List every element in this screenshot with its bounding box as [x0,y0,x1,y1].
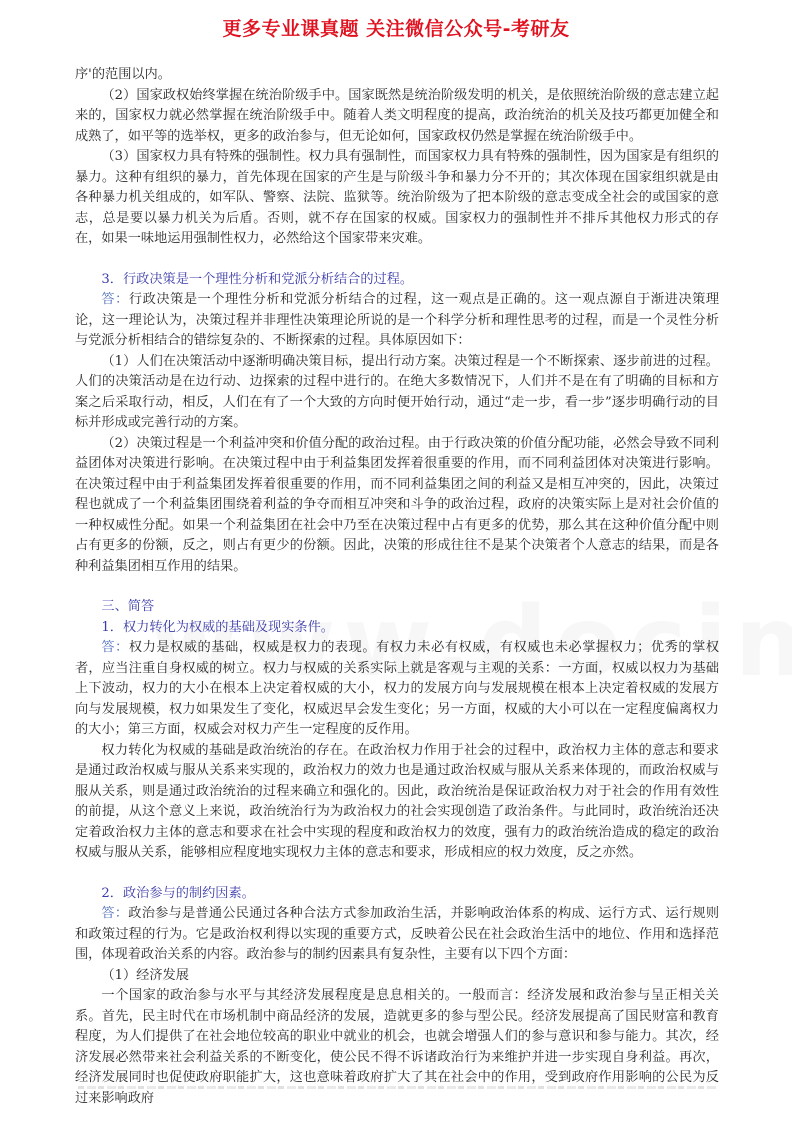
answer-label: 答： [101,292,128,307]
short-answer-2-subheading-1: （1）经济发展 [75,966,719,987]
answer-text: 政治参与是普通公民通过各种合法方式参加政治生活，并影响政治体系的构成、运行方式、… [75,906,719,962]
short-answer-1-answer: 答：权力是权威的基础，权威是权力的表现。有权力未必有权威，有权威也未必掌握权力；… [75,638,719,741]
question-3-point-2: （2）决策过程是一个利益冲突和价值分配的政治过程。由于行政决策的价值分配功能，必… [75,434,719,578]
section-title-short-answer: 三、简答 [75,597,719,618]
promo-banner: 更多专业课真题 关注微信公众号-考研友 [0,14,792,41]
spacer [75,250,719,270]
spacer [75,864,719,884]
paragraph-point-3: （3）国家权力具有特殊的强制性。权力具有强制性，而国家权力具有特殊的强制性，因为… [75,147,719,250]
paragraph-continuation: 序'的范围以内。 [75,65,719,86]
short-answer-1-title: 1．权力转化为权威的基础及现实条件。 [75,618,719,639]
answer-label: 答： [101,906,128,921]
paragraph-point-2: （2）国家政权始终掌握在统治阶级手中。国家既然是统治阶级发明的机关，是依照统治阶… [75,86,719,148]
answer-label: 答： [101,640,128,655]
answer-text: 权力是权威的基础，权威是权力的表现。有权力未必有权威，有权威也未必掌握权力；优秀… [75,640,719,737]
document-body: 序'的范围以内。 （2）国家政权始终掌握在统治阶级手中。国家既然是统治阶级发明的… [75,65,719,1109]
short-answer-2-answer: 答：政治参与是普通公民通过各种合法方式参加政治生活，并影响政治体系的构成、运行方… [75,904,719,966]
answer-text: 行政决策是一个理性分析和党派分析结合的过程，这一观点是正确的。这一观点源自于渐进… [75,292,719,348]
short-answer-2-subheading-1-text: 一个国家的政治参与水平与其经济发展程度是息息相关的。一般而言：经济发展和政治参与… [75,986,719,1109]
question-3-point-1: （1）人们在决策活动中逐渐明确决策目标，提出行动方案。决策过程是一个不断探索、逐… [75,352,719,434]
short-answer-2-title: 2．政治参与的制约因素。 [75,884,719,905]
question-3-title: 3．行政决策是一个理性分析和党派分析结合的过程。 [75,270,719,291]
page-footer-faint-text [78,1086,718,1089]
spacer [75,577,719,597]
question-3-answer: 答：行政决策是一个理性分析和党派分析结合的过程，这一观点是正确的。这一观点源自于… [75,290,719,352]
short-answer-1-paragraph-2: 权力转化为权威的基础是政治统治的存在。在政治权力作用于社会的过程中，政治权力主体… [75,741,719,864]
